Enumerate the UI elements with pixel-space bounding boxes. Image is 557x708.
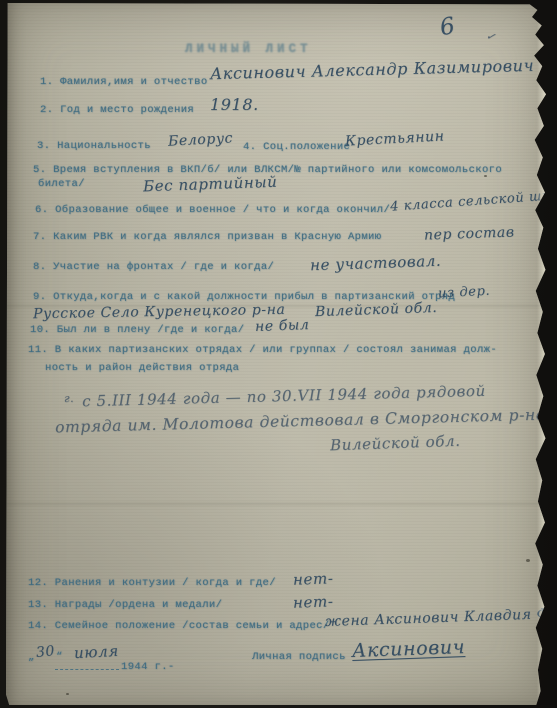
- field-5-label-line2: билета/: [38, 178, 85, 190]
- field-2-value: 1918.: [210, 95, 259, 114]
- signature: Аксинович: [352, 636, 466, 662]
- field-11-label-line2: ность и район действия отряда: [45, 362, 239, 374]
- field-10-label: 10. Был ли в плену /где и когда/: [30, 324, 244, 336]
- field-9-value-line2a: Русское Село Куренецкого р-на: [33, 302, 286, 322]
- field-13-value: нет-: [293, 592, 334, 611]
- field-12-label: 12. Ранения и контузии / когда и где/: [28, 577, 276, 589]
- text-layer: 6 ✓ ЛИЧНЫЙ ЛИСТ 1. Фамилия,имя и отчеств…: [0, 0, 557, 708]
- date-year: 1944 г.-: [121, 661, 175, 673]
- service-note-line2: отряда им. Молотова действовал в Сморгон…: [55, 406, 546, 437]
- date-underline: [55, 668, 119, 670]
- field-3-value: Белорус: [168, 130, 234, 149]
- field-10-value: не был: [255, 317, 310, 335]
- signature-label: Личная подпись: [252, 651, 346, 663]
- date-month: июля: [74, 642, 120, 662]
- document-scan: 6 ✓ ЛИЧНЫЙ ЛИСТ 1. Фамилия,имя и отчеств…: [0, 0, 557, 708]
- field-4-value: Крестьянин: [345, 128, 445, 149]
- field-6-value: 4 класса сельской шк.: [390, 188, 556, 214]
- field-1-value: Аксинович Александр Казимирович: [210, 56, 535, 83]
- field-8-value: не участвовал.: [310, 252, 442, 275]
- field-9-value-line2b: Вилейской обл.: [315, 300, 438, 320]
- paper-sheet: 6 ✓ ЛИЧНЫЙ ЛИСТ 1. Фамилия,имя и отчеств…: [6, 3, 546, 705]
- field-4-label: 4. Соц.положение: [243, 141, 350, 153]
- service-note-line3: Вилейской обл.: [330, 432, 461, 455]
- service-note-prefix: г.: [64, 392, 74, 405]
- check-mark-icon: ✓: [484, 29, 497, 44]
- field-14-value: жена Аксинович Клавдия Ф.: [325, 606, 554, 630]
- field-3-label: 3. Национальность: [37, 140, 151, 152]
- field-5-value: Бес партийный: [143, 173, 278, 196]
- field-8-label: 8. Участие на фронтах / где и когда/: [33, 261, 274, 273]
- date-quote-open: „: [28, 651, 35, 663]
- document-title: ЛИЧНЫЙ ЛИСТ: [185, 42, 312, 56]
- field-12-value: нет-: [293, 569, 334, 588]
- field-7-label: 7. Каким РВК и когда являлся призван в К…: [33, 231, 381, 243]
- date-quote-close: “: [56, 651, 63, 663]
- service-note-line1: с 5.III 1944 года — по 30.VII 1944 года …: [82, 382, 486, 411]
- date-day: 30: [35, 643, 56, 661]
- field-6-label: 6. Образование общее и военное / что и к…: [35, 204, 390, 216]
- field-14-label: 14. Семейное положение /состав семьи и а…: [28, 620, 330, 632]
- field-2-label: 2. Год и место рождения: [40, 104, 194, 116]
- field-9-value-inline: из дер.: [438, 284, 491, 302]
- page-number: 6: [438, 13, 458, 41]
- field-13-label: 13. Награды /ордена и медали/: [28, 599, 222, 611]
- field-11-label-line1: 11. В каких партизанских отрядах / или г…: [28, 344, 497, 356]
- field-7-value: пер состав: [424, 224, 515, 243]
- field-1-label: 1. Фамилия,имя и отчество: [40, 76, 208, 88]
